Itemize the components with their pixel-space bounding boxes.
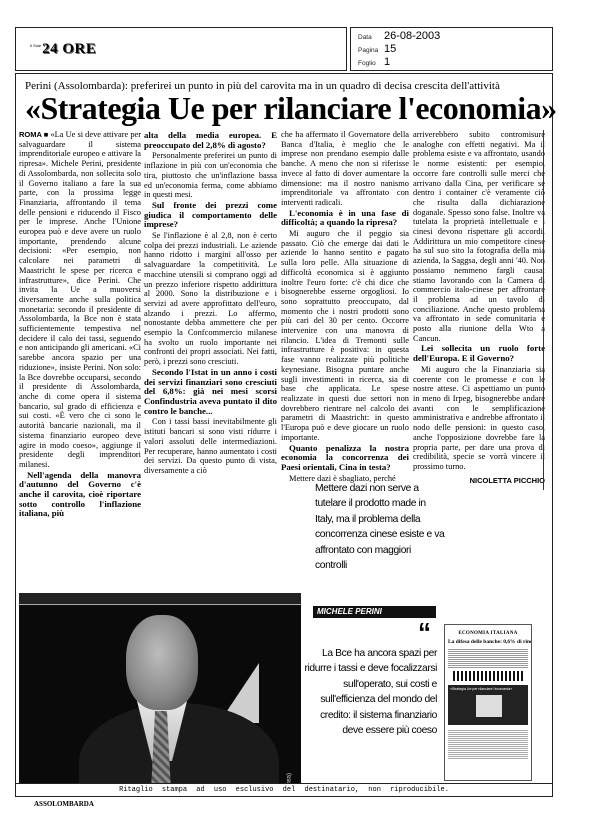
clipping-meta-box: Data 26-08-2003 Pagina 15 Foglio 1 xyxy=(350,27,553,71)
thumbnail-text-block xyxy=(448,729,528,759)
sheet-label: Foglio xyxy=(358,60,384,67)
page-value: 15 xyxy=(384,43,396,55)
photo-head xyxy=(126,615,198,710)
interview-question: Sul fronte dei prezzi come giudica il co… xyxy=(144,201,277,230)
pull-quote-1: Mettere dazi non serve a tutelare il pro… xyxy=(315,481,445,573)
masthead-box: Il Sole 24 ORE xyxy=(15,27,347,71)
photo-credit: (Ansa) xyxy=(287,773,293,783)
article-column-3: che ha affermato il Governatore della Ba… xyxy=(281,130,409,483)
quotation-mark-icon: “ xyxy=(418,622,431,642)
paragraph: ROMA ■ «La Ue si deve attivare per salva… xyxy=(19,130,141,470)
reproduction-notice: Ritaglio stampa ad uso esclusivo del des… xyxy=(16,783,552,796)
date-row: Data 26-08-2003 xyxy=(358,30,552,43)
thumbnail-article-box: «Strategia Ue per rilanciare l'economia» xyxy=(448,685,528,725)
portrait-photo: (Ansa) xyxy=(19,593,301,783)
sheet-row: Foglio 1 xyxy=(358,56,552,69)
thumbnail-article-title: «Strategia Ue per rilanciare l'economia» xyxy=(450,687,512,691)
thumbnail-masthead: ECONOMIA ITALIANA xyxy=(445,631,531,636)
paragraph: Se l'inflazione è al 2,8, non è certo co… xyxy=(144,231,277,367)
thumbnail-text-block xyxy=(448,648,528,668)
interview-question: Secondo l'Istat in un anno i costi dei s… xyxy=(144,368,277,417)
interview-question: alta della media europea. E preoccupato … xyxy=(144,131,277,150)
paragraph: Mi auguro che la Finanziaria sia coerent… xyxy=(413,365,545,472)
photo-top-bar xyxy=(19,593,301,605)
interview-question: Lei sollecita un ruolo forte dell'Europa… xyxy=(413,344,545,363)
logo-main-text: 24 ORE xyxy=(42,41,96,58)
article-column-4: arriverebbero subito contromisure analog… xyxy=(413,130,545,485)
thumbnail-photo xyxy=(476,695,502,717)
date-value: 26-08-2003 xyxy=(384,30,440,42)
paragraph-text: «La Ue si deve attivare per salvaguardar… xyxy=(19,130,141,469)
thumbnail-bar-chart xyxy=(453,671,523,681)
logo-small-text: Il Sole xyxy=(30,43,41,48)
paragraph: Con i tassi bassi inevitabilmente gli is… xyxy=(144,417,277,475)
column-divider xyxy=(543,130,544,490)
article-frame: Perini (Assolombarda): preferirei un pun… xyxy=(15,73,553,797)
interview-question: L'economia è in una fase di difficoltà; … xyxy=(281,209,409,228)
page-thumbnail: ECONOMIA ITALIANA La difesa delle banche… xyxy=(444,624,532,781)
page-label: Pagina xyxy=(358,47,384,54)
paragraph: Mi auguro che il peggio sia passato. Ciò… xyxy=(281,229,409,442)
thumbnail-headline: La difesa delle banche: 0,6% di rincari xyxy=(448,639,528,645)
article-column-2: alta della media europea. E preoccupato … xyxy=(144,130,277,476)
dateline: ROMA ■ xyxy=(19,130,48,139)
paragraph: che ha affermato il Governatore della Ba… xyxy=(281,130,409,208)
interview-question: Nell'agenda della manovra d'autunno del … xyxy=(19,471,141,520)
article-headline: «Strategia Ue per rilanciare l'economia» xyxy=(25,90,557,127)
pull-quote-2: La Bce ha ancora spazi per ridurre i tas… xyxy=(302,646,437,738)
page-row: Pagina 15 xyxy=(358,43,552,56)
article-column-1: ROMA ■ «La Ue si deve attivare per salva… xyxy=(19,130,141,520)
paragraph: arriverebbero subito contromisure analog… xyxy=(413,130,545,343)
interview-question: Quanto penalizza la nostra economia la c… xyxy=(281,444,409,473)
date-label: Data xyxy=(358,34,384,41)
newspaper-logo: Il Sole 24 ORE xyxy=(30,41,96,58)
sheet-value: 1 xyxy=(384,56,390,68)
paragraph: Personalmente preferirei un punto di inf… xyxy=(144,151,277,200)
clipping-source: ASSOLOMBARDA xyxy=(34,800,94,808)
